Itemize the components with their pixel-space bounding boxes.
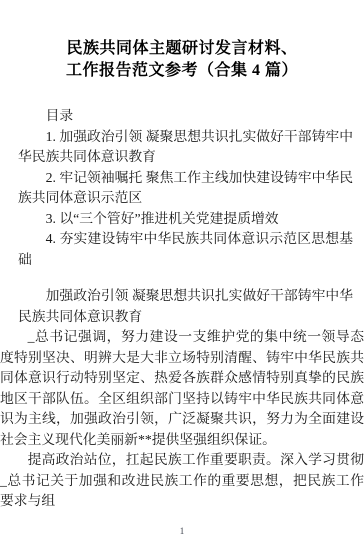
document-title-line-2: 工作报告范文参考（合集 4 篇） (0, 60, 364, 82)
body-paragraph: _总书记强调，努力建设一支维护党的集中统一领导态度特别坚决、明辨大是大非立场特别… (0, 327, 364, 450)
table-of-contents: 目录 1. 加强政治引领 凝聚思想共识扎实做好干部铸牢中华民族共同体意识教育 2… (18, 106, 353, 270)
body-paragraph: 提高政治站位，扛起民族工作重要职责。深入学习贯彻_总书记关于加强和改进民族工作的… (0, 450, 364, 512)
section-heading: 加强政治引领 凝聚思想共识扎实做好干部铸牢中华民族共同体意识教育 (18, 286, 353, 327)
toc-item: 1. 加强政治引领 凝聚思想共识扎实做好干部铸牢中华民族共同体意识教育 (18, 127, 353, 168)
page-number: 1 (0, 526, 364, 536)
toc-item: 4. 夯实建设铸牢中华民族共同体意识示范区思想基础 (18, 229, 353, 270)
document-title-line-1: 民族共同体主题研讨发言材料、 (0, 38, 364, 60)
toc-label: 目录 (18, 106, 353, 127)
document-page: 民族共同体主题研讨发言材料、 工作报告范文参考（合集 4 篇） 目录 1. 加强… (0, 0, 364, 550)
toc-item: 2. 牢记领袖嘱托 聚焦工作主线加快建设铸牢中华民族共同体意识示范区 (18, 168, 353, 209)
document-title: 民族共同体主题研讨发言材料、 工作报告范文参考（合集 4 篇） (0, 38, 364, 82)
toc-item: 3. 以“三个管好”推进机关党建提质增效 (18, 209, 353, 230)
